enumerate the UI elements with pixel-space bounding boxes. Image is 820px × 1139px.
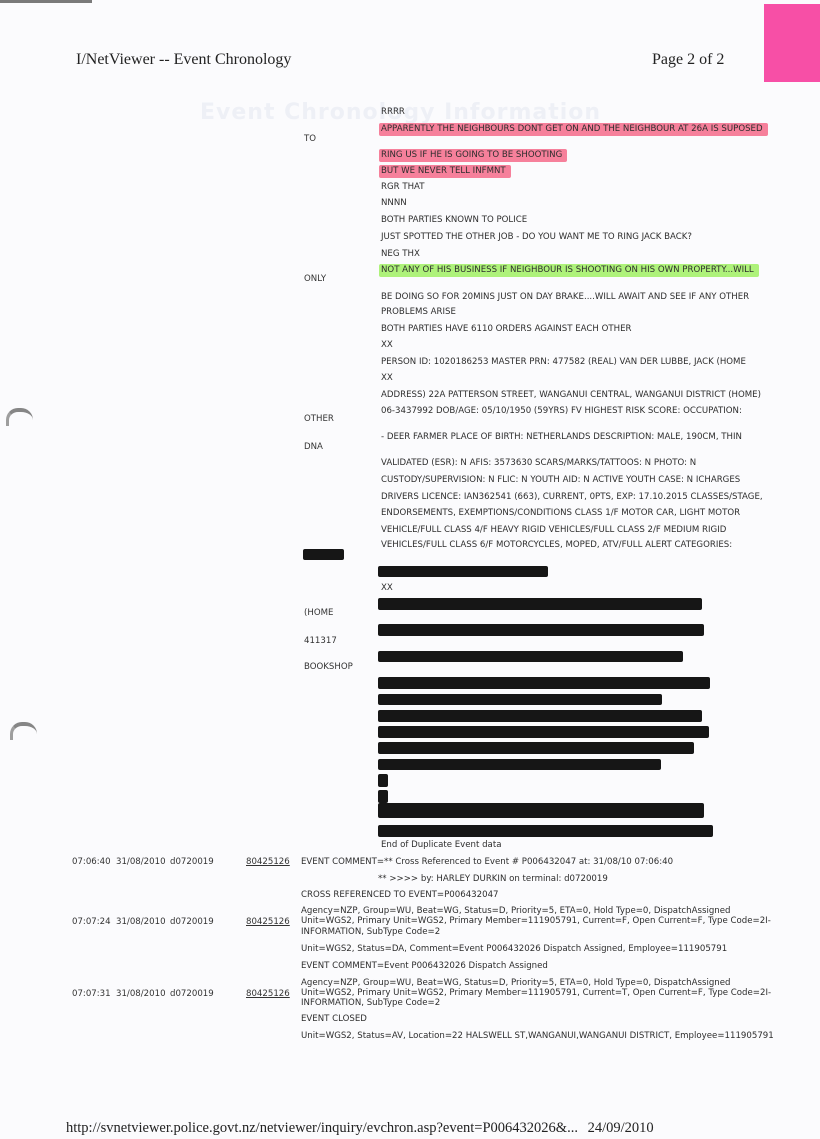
event-detail: Unit=WGS2, Primary Unit=WGS2, Primary Me… (301, 916, 771, 927)
comment-line: BOTH PARTIES KNOWN TO POLICE (381, 215, 527, 226)
end-of-duplicate-note: End of Duplicate Event data (381, 840, 501, 851)
redaction-bar (378, 759, 661, 770)
footer-date: 24/09/2010 (588, 1120, 654, 1136)
comment-line: RGR THAT (381, 182, 425, 193)
event-id-link[interactable]: 80425126 (246, 989, 290, 999)
event-detail: INFORMATION, SubType Code=2 (301, 927, 440, 938)
event-id-link[interactable]: 80425126 (246, 857, 290, 867)
event-time: 07:07:31 (72, 989, 111, 999)
label-number: 411317 (304, 636, 337, 646)
label-dna: DNA (304, 442, 323, 452)
label-only: ONLY (304, 274, 326, 284)
event-id-link[interactable]: 80425126 (246, 917, 290, 927)
comment-line: XX (381, 583, 393, 594)
comment-line: RRRR (381, 107, 405, 118)
event-detail: EVENT CLOSED (301, 1014, 367, 1025)
event-detail: CROSS REFERENCED TO EVENT=P006432047 (301, 890, 499, 901)
label-bookshop: BOOKSHOP (304, 662, 353, 672)
redaction-bar (378, 677, 710, 689)
event-detail: ** >>>> by: HARLEY DURKIN on terminal: d… (378, 874, 608, 885)
comment-line-highlighted: APPARENTLY THE NEIGHBOURS DONT GET ON AN… (379, 123, 768, 136)
event-detail: EVENT COMMENT=** Cross Referenced to Eve… (301, 857, 673, 868)
event-terminal: d0720019 (170, 857, 214, 867)
redaction-bar (378, 825, 713, 837)
comment-line: NEG THX (381, 249, 420, 260)
comment-line: VALIDATED (ESR): N AFIS: 3573630 SCARS/M… (381, 458, 696, 469)
redaction-bar (303, 549, 344, 560)
comment-line: NNNN (381, 198, 407, 209)
redaction-bar (378, 598, 702, 610)
comment-line: CUSTODY/SUPERVISION: N FLIC: N YOUTH AID… (381, 475, 740, 486)
comment-line: 06-3437992 DOB/AGE: 05/10/1950 (59YRS) F… (381, 406, 742, 417)
redaction-bar (378, 726, 709, 738)
comment-line: XX (381, 340, 393, 351)
event-date: 31/08/2010 (116, 857, 166, 867)
redaction-bar (378, 774, 388, 787)
comment-line: BE DOING SO FOR 20MINS JUST ON DAY BRAKE… (381, 292, 749, 303)
page-title: I/NetViewer -- Event Chronology (76, 51, 291, 69)
comment-line: XX (381, 373, 393, 384)
comment-line: DRIVERS LICENCE: IAN362541 (663), CURREN… (381, 492, 763, 503)
redaction-bar (378, 790, 388, 803)
footer-url: http://svnetviewer.police.govt.nz/netvie… (66, 1120, 578, 1136)
event-time: 07:06:40 (72, 857, 111, 867)
punch-hole-icon (10, 722, 37, 740)
comment-line: VEHICLES/FULL CLASS 6/F MOTORCYCLES, MOP… (381, 540, 732, 551)
event-terminal: d0720019 (170, 989, 214, 999)
event-detail: EVENT COMMENT=Event P006432026 Dispatch … (301, 961, 548, 972)
redaction-bar (378, 651, 683, 662)
comment-line: ENDORSEMENTS, EXEMPTIONS/CONDITIONS CLAS… (381, 508, 740, 519)
page-footer: http://svnetviewer.police.govt.nz/netvie… (66, 1120, 654, 1137)
event-date: 31/08/2010 (116, 989, 166, 999)
comment-line-highlighted: BUT WE NEVER TELL INFMNT (379, 165, 511, 178)
event-detail: Unit=WGS2, Status=DA, Comment=Event P006… (301, 944, 727, 955)
event-detail: Unit=WGS2, Status=AV, Location=22 HALSWE… (301, 1031, 774, 1042)
punch-hole-icon (6, 408, 33, 426)
event-time: 07:07:24 (72, 917, 111, 927)
comment-line: ADDRESS) 22A PATTERSON STREET, WANGANUI … (381, 390, 761, 401)
sticky-tab-marker (764, 4, 820, 82)
redaction-bar (378, 624, 704, 636)
label-to: TO (304, 134, 316, 144)
comment-line: - DEER FARMER PLACE OF BIRTH: NETHERLAND… (381, 432, 742, 443)
redaction-bar (378, 742, 694, 754)
scan-edge-shadow (0, 0, 92, 3)
label-home: (HOME (304, 608, 333, 618)
comment-line: VEHICLE/FULL CLASS 4/F HEAVY RIGID VEHIC… (381, 525, 726, 536)
comment-line: JUST SPOTTED THE OTHER JOB - DO YOU WANT… (381, 232, 692, 243)
comment-line: PERSON ID: 1020186253 MASTER PRN: 477582… (381, 357, 746, 368)
comment-line: PROBLEMS ARISE (381, 307, 456, 318)
comment-line: BOTH PARTIES HAVE 6110 ORDERS AGAINST EA… (381, 324, 631, 335)
redaction-bar (378, 803, 704, 818)
event-date: 31/08/2010 (116, 917, 166, 927)
event-terminal: d0720019 (170, 917, 214, 927)
label-other: OTHER (304, 414, 334, 424)
event-detail: INFORMATION, SubType Code=2 (301, 998, 440, 1009)
redaction-bar (378, 710, 702, 722)
comment-line-highlighted: RING US IF HE IS GOING TO BE SHOOTING (379, 149, 567, 162)
comment-line-highlighted: NOT ANY OF HIS BUSINESS IF NEIGHBOUR IS … (379, 264, 759, 277)
redaction-bar (378, 694, 662, 705)
redaction-bar (378, 566, 548, 577)
page-number: Page 2 of 2 (652, 51, 724, 69)
